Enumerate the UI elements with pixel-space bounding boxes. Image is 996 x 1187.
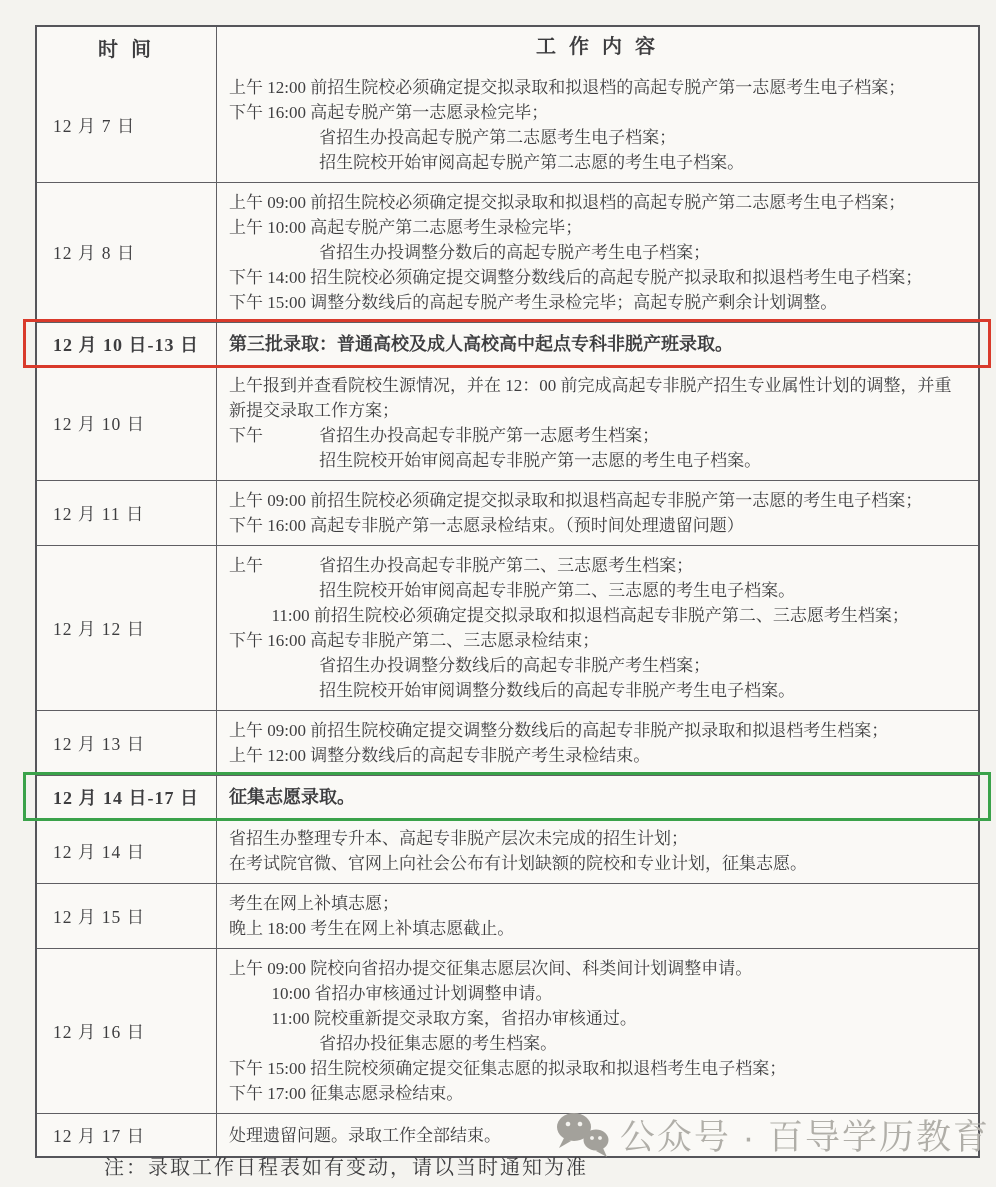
row-content: 上午 09:00 前招生院校必须确定提交拟录取和拟退档的高起专脱产第二志愿考生电…	[217, 183, 978, 322]
row-content: 第三批录取：普通高校及成人高校高中起点专科非脱产班录取。	[217, 323, 978, 365]
row-date: 12 月 10 日-13 日	[37, 323, 217, 365]
column-header-time: 时 间	[37, 27, 217, 68]
content-line: 上午省招生办投高起专非脱产第二、三志愿考生档案；	[229, 553, 966, 578]
document-page: 时 间 工 作 内 容 12 月 7 日上午 12:00 前招生院校必须确定提交…	[0, 0, 996, 1187]
content-line: 上午 12:00 前招生院校必须确定提交拟录取和拟退档的高起专脱产第一志愿考生电…	[229, 75, 966, 100]
row-content: 征集志愿录取。	[217, 776, 978, 818]
row-date: 12 月 14 日-17 日	[37, 776, 217, 818]
row-content: 上午 09:00 前招生院校确定提交调整分数线后的高起专非脱产拟录取和拟退档考生…	[217, 711, 978, 775]
watermark-text: 公众号 · 百导学历教育	[620, 1110, 990, 1160]
content-line: 上午报到并查看院校生源情况，并在 12：00 前完成高起专非脱产招生专业属性计划…	[229, 373, 966, 423]
table-row: 12 月 11 日上午 09:00 前招生院校必须确定提交拟录取和拟退档高起专非…	[37, 480, 978, 545]
wechat-icon	[554, 1111, 610, 1159]
content-line: 上午 09:00 前招生院校确定提交调整分数线后的高起专非脱产拟录取和拟退档考生…	[229, 718, 966, 743]
table-body: 12 月 7 日上午 12:00 前招生院校必须确定提交拟录取和拟退档的高起专脱…	[37, 68, 978, 1156]
content-line: 晚上 18:00 考生在网上补填志愿截止。	[229, 916, 966, 941]
row-date: 12 月 15 日	[37, 884, 217, 948]
content-line: 省招生办整理专升本、高起专非脱产层次未完成的招生计划；	[229, 826, 966, 851]
content-line: 11:00 院校重新提交录取方案，省招办审核通过。	[229, 1006, 966, 1031]
row-content: 上午 09:00 前招生院校必须确定提交拟录取和拟退档高起专非脱产第一志愿的考生…	[217, 481, 978, 545]
content-line: 11:00 前招生院校必须确定提交拟录取和拟退档高起专非脱产第二、三志愿考生档案…	[229, 603, 966, 628]
content-line: 第三批录取：普通高校及成人高校高中起点专科非脱产班录取。	[229, 332, 966, 357]
row-date: 12 月 14 日	[37, 819, 217, 883]
row-date: 12 月 12 日	[37, 546, 217, 710]
content-line: 下午 16:00 高起专非脱产第一志愿录检结束。（预时间处理遗留问题）	[229, 513, 966, 538]
line-text: 省招生办投高起专非脱产第一志愿考生档案；	[319, 426, 659, 445]
content-line: 省招生办投调整分数后的高起专脱产考生电子档案；	[229, 240, 966, 265]
row-content: 上午报到并查看院校生源情况，并在 12：00 前完成高起专非脱产招生专业属性计划…	[217, 366, 978, 480]
row-date: 12 月 17 日	[37, 1114, 217, 1156]
content-line: 上午 09:00 前招生院校必须确定提交拟录取和拟退档高起专非脱产第一志愿的考生…	[229, 488, 966, 513]
content-line: 省招生办投调整分数线后的高起专非脱产考生档案；	[229, 653, 966, 678]
table-row: 12 月 14 日省招生办整理专升本、高起专非脱产层次未完成的招生计划；在考试院…	[37, 818, 978, 883]
content-line: 下午 16:00 高起专脱产第一志愿录检完毕；	[229, 100, 966, 125]
table-row: 12 月 10 日上午报到并查看院校生源情况，并在 12：00 前完成高起专非脱…	[37, 365, 978, 480]
table-row: 12 月 8 日上午 09:00 前招生院校必须确定提交拟录取和拟退档的高起专脱…	[37, 182, 978, 322]
row-date: 12 月 16 日	[37, 949, 217, 1113]
footnote: 注：录取工作日程表如有变动，请以当时通知为准	[104, 1151, 588, 1180]
row-content: 省招生办整理专升本、高起专非脱产层次未完成的招生计划；在考试院官微、官网上向社会…	[217, 819, 978, 883]
time-prefix: 下午	[229, 423, 319, 448]
content-line: 上午 12:00 调整分数线后的高起专非脱产考生录检结束。	[229, 743, 966, 768]
table-row: 12 月 12 日上午省招生办投高起专非脱产第二、三志愿考生档案；招生院校开始审…	[37, 545, 978, 710]
content-line: 省招生办投高起专脱产第二志愿考生电子档案；	[229, 125, 966, 150]
row-content: 上午 12:00 前招生院校必须确定提交拟录取和拟退档的高起专脱产第一志愿考生电…	[217, 68, 978, 182]
table-row: 12 月 7 日上午 12:00 前招生院校必须确定提交拟录取和拟退档的高起专脱…	[37, 68, 978, 182]
table-row: 12 月 10 日-13 日第三批录取：普通高校及成人高校高中起点专科非脱产班录…	[37, 322, 978, 365]
line-text: 省招生办投高起专非脱产第二、三志愿考生档案；	[319, 556, 693, 575]
content-line: 10:00 省招办审核通过计划调整申请。	[229, 981, 966, 1006]
row-date: 12 月 10 日	[37, 366, 217, 480]
content-line: 下午 15:00 调整分数线后的高起专脱产考生录检完毕；高起专脱产剩余计划调整。	[229, 290, 966, 315]
content-line: 在考试院官微、官网上向社会公布有计划缺额的院校和专业计划，征集志愿。	[229, 851, 966, 876]
row-date: 12 月 13 日	[37, 711, 217, 775]
row-content: 上午 09:00 院校向省招办提交征集志愿层次间、科类间计划调整申请。10:00…	[217, 949, 978, 1113]
content-line: 考生在网上补填志愿；	[229, 891, 966, 916]
content-line: 省招办投征集志愿的考生档案。	[229, 1031, 966, 1056]
row-content: 考生在网上补填志愿；晚上 18:00 考生在网上补填志愿截止。	[217, 884, 978, 948]
row-content: 上午省招生办投高起专非脱产第二、三志愿考生档案；招生院校开始审阅高起专非脱产第二…	[217, 546, 978, 710]
content-line: 招生院校开始审阅高起专脱产第二志愿的考生电子档案。	[229, 150, 966, 175]
content-line: 上午 09:00 院校向省招办提交征集志愿层次间、科类间计划调整申请。	[229, 956, 966, 981]
row-date: 12 月 8 日	[37, 183, 217, 322]
table-row: 12 月 14 日-17 日征集志愿录取。	[37, 775, 978, 818]
content-line: 下午省招生办投高起专非脱产第一志愿考生档案；	[229, 423, 966, 448]
content-line: 招生院校开始审阅高起专非脱产第二、三志愿的考生电子档案。	[229, 578, 966, 603]
schedule-table: 时 间 工 作 内 容 12 月 7 日上午 12:00 前招生院校必须确定提交…	[35, 25, 980, 1158]
row-date: 12 月 11 日	[37, 481, 217, 545]
column-header-content: 工 作 内 容	[217, 27, 978, 68]
content-line: 上午 09:00 前招生院校必须确定提交拟录取和拟退档的高起专脱产第二志愿考生电…	[229, 190, 966, 215]
content-line: 下午 16:00 高起专非脱产第二、三志愿录检结束；	[229, 628, 966, 653]
content-line: 招生院校开始审阅高起专非脱产第一志愿的考生电子档案。	[229, 448, 966, 473]
watermark: 公众号 · 百导学历教育	[554, 1110, 990, 1160]
content-line: 下午 17:00 征集志愿录检结束。	[229, 1081, 966, 1106]
table-row: 12 月 13 日上午 09:00 前招生院校确定提交调整分数线后的高起专非脱产…	[37, 710, 978, 775]
time-prefix: 上午	[229, 553, 319, 578]
content-line: 征集志愿录取。	[229, 785, 966, 810]
table-row: 12 月 16 日上午 09:00 院校向省招办提交征集志愿层次间、科类间计划调…	[37, 948, 978, 1113]
content-line: 上午 10:00 高起专脱产第二志愿考生录检完毕；	[229, 215, 966, 240]
table-header-row: 时 间 工 作 内 容	[37, 27, 978, 68]
content-line: 下午 14:00 招生院校必须确定提交调整分数线后的高起专脱产拟录取和拟退档考生…	[229, 265, 966, 290]
content-line: 下午 15:00 招生院校须确定提交征集志愿的拟录取和拟退档考生电子档案；	[229, 1056, 966, 1081]
table-row: 12 月 15 日考生在网上补填志愿；晚上 18:00 考生在网上补填志愿截止。	[37, 883, 978, 948]
content-line: 招生院校开始审阅调整分数线后的高起专非脱产考生电子档案。	[229, 678, 966, 703]
row-date: 12 月 7 日	[37, 68, 217, 182]
